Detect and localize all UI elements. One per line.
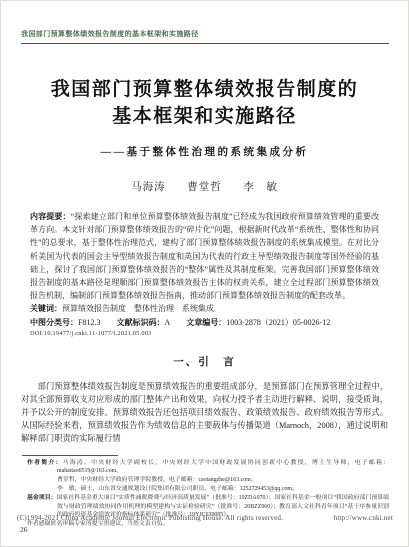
- classification-line: 中图分类号：F812.3 文献标识码：A 文章编号：1003-2878（2021…: [30, 316, 379, 329]
- cnki-url: http://www.cnki.net: [334, 514, 393, 522]
- author-1: 马海涛: [131, 182, 166, 193]
- footnote-funding-label: 基金项目：: [27, 495, 57, 501]
- article-title-line1: 我国部门预算整体绩效报告制度的: [0, 76, 409, 103]
- doc-code-label: 文献标识码：: [116, 318, 164, 327]
- footnote-bio-text-1: 马海涛，中央财经大学副校长，中央财经大学中国财政发展协同创新中心教授，博士生导师…: [57, 460, 389, 475]
- paper-page: 我国部门预算整体绩效报告制度的基本框架和实施路径 我国部门预算整体绩效报告制度的…: [0, 0, 409, 547]
- footnote-author-bio-2: 曹堂哲，中央财经大学政府管理学院教授，电子邮箱：caotangzhe@163.c…: [27, 476, 389, 485]
- doi: DOI:10.19477/j.cnki.11-1077/f.2021.05.00…: [30, 330, 379, 337]
- cnki-copyright-footer: (C)1994-2021 China Academic Journal Elec…: [17, 514, 393, 522]
- article-title-line2: 基本框架和实施路径: [0, 103, 409, 130]
- abstract-text: “探索建立部门和单位预算整体绩效报告制度”已经成为我国政府预算绩效管理的重要改革…: [30, 212, 379, 300]
- abstract-label: 内容提要：: [30, 212, 71, 221]
- footnote-bio-label: 作者简介：: [27, 460, 63, 466]
- abstract: 内容提要：“探索建立部门和单位预算整体绩效报告制度”已经成为我国政府预算绩效管理…: [30, 210, 379, 302]
- keywords-label: 关键词：: [30, 304, 62, 313]
- author-list: 马海涛 曹堂哲 李 敏: [0, 179, 409, 194]
- keywords-text: 预算绩效报告制度 整体性治理 系统集成: [62, 304, 214, 313]
- footnote-separator: [22, 455, 118, 456]
- keywords: 关键词：预算绩效报告制度 整体性治理 系统集成: [30, 302, 379, 315]
- article-no-value: 1003-2878（2021）05-0026-12: [226, 318, 330, 327]
- page-number: 26: [20, 525, 28, 534]
- clc-value: F812.3: [78, 318, 100, 327]
- section-heading-introduction: 一、引 言: [0, 354, 409, 369]
- copyright-text: (C)1994-2021 China Academic Journal Elec…: [17, 514, 283, 522]
- clc-label: 中图分类号：: [30, 318, 78, 327]
- author-2: 曹堂哲: [187, 182, 222, 193]
- doc-code-value: A: [164, 318, 170, 327]
- article-no-label: 文章编号：: [186, 318, 226, 327]
- article-title: 我国部门预算整体绩效报告制度的 基本框架和实施路径: [0, 76, 409, 130]
- article-subtitle: ——基于整体性治理的系统集成分析: [0, 144, 409, 159]
- footnote-author-bio-3: 李 敏，硕士，山东省交通规划设计院集团有限公司职员，电子邮箱：125272945…: [27, 485, 389, 494]
- footnote-author-bio-1: 作者简介：马海涛，中央财经大学副校长，中央财经大学中国财政发展协同创新中心教授，…: [27, 459, 389, 477]
- body-paragraph: 部门预算整体绩效报告制度是预算绩效报告的重要组成部分，是预算部门在预算管理全过程…: [21, 380, 388, 446]
- page-content: 我国部门预算整体绩效报告制度的 基本框架和实施路径 ——基于整体性治理的系统集成…: [0, 0, 409, 529]
- author-3: 李 敏: [243, 182, 278, 193]
